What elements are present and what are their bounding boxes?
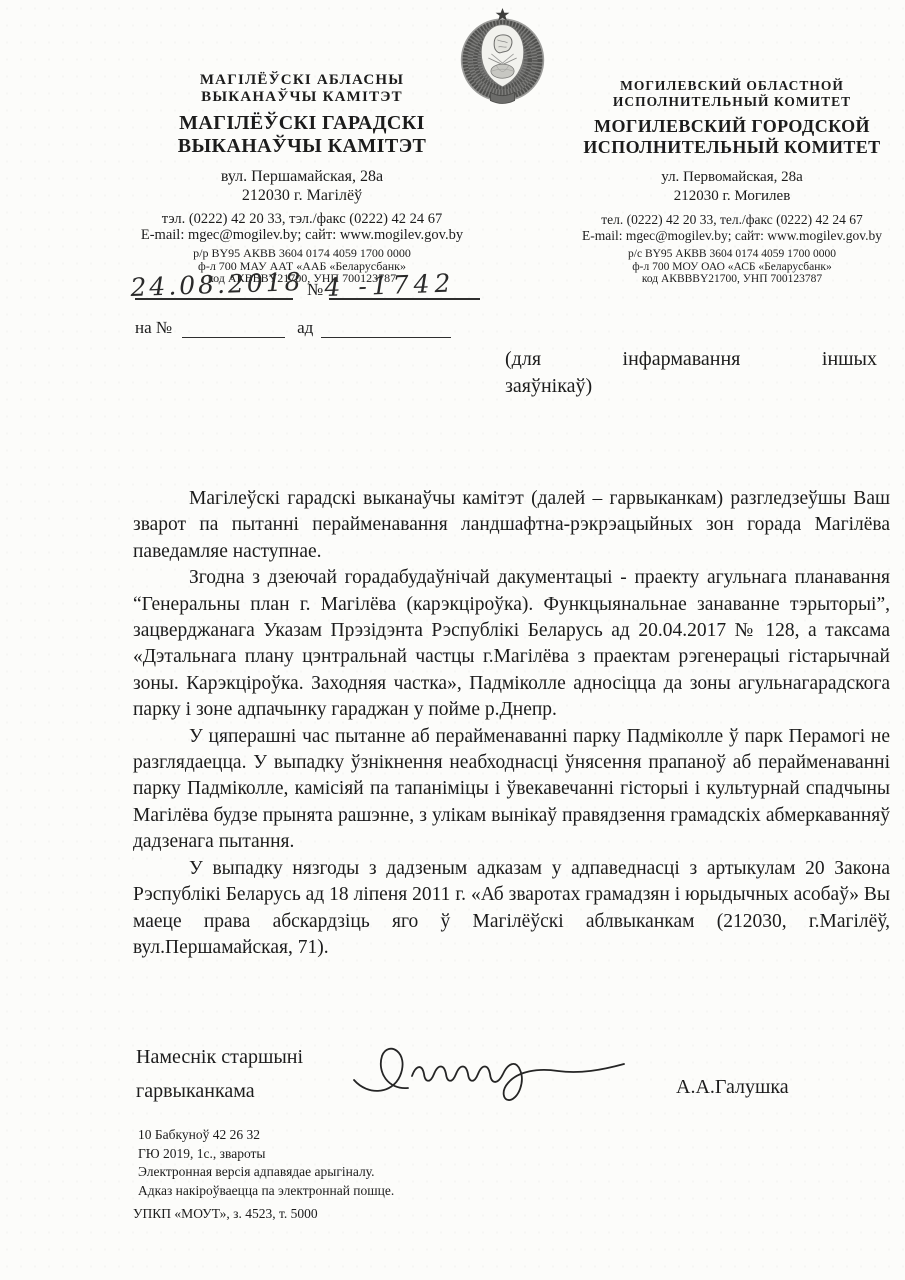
parent-org-name-ru: ИСПОЛНИТЕЛЬНЫЙ КОМИТЕТ	[558, 94, 905, 110]
org-email-site: E-mail: mgec@mogilev.by; сайт: www.mogil…	[128, 227, 476, 243]
parent-org-name: ВЫКАНАЎЧЫ КАМІТЭТ	[128, 89, 476, 106]
footer-line: Электронная версія адпавядае арыгіналу.	[138, 1163, 394, 1182]
handwritten-number: 4 -1742	[324, 268, 456, 302]
signer-job-title: Намеснік старшыні гарвыканкама	[136, 1040, 303, 1108]
org-city-address: 212030 г. Магілёў	[128, 186, 476, 205]
body-paragraph: У цяперашні час пытанне аб перайменаванн…	[133, 724, 890, 856]
org-phone: тэл. (0222) 42 20 33, тэл./факс (0222) 4…	[128, 211, 476, 227]
addressee-note-line: заяўнікаў)	[505, 373, 877, 400]
parent-org-name-ru: МОГИЛЕВСКИЙ ОБЛАСТНОЙ	[558, 78, 905, 94]
letter-body: Магілеўскі гарадскі выканаўчы камітэт (д…	[133, 486, 890, 961]
signer-title-line: гарвыканкама	[136, 1074, 303, 1108]
org-name-ru: МОГИЛЕВСКИЙ ГОРОДСКОЙ	[558, 116, 905, 137]
addressee-note: (для інфармавання іншых заяўнікаў)	[505, 346, 877, 400]
letterhead-left-column: МАГІЛЁЎСКІ АБЛАСНЫ ВЫКАНАЎЧЫ КАМІТЭТ МАГ…	[128, 72, 476, 285]
addressee-note-line: (для інфармавання іншых	[505, 346, 877, 373]
number-blank-line: 4 -1742	[329, 298, 480, 300]
org-phone-ru: тел. (0222) 42 20 33, тел./факс (0222) 4…	[558, 212, 905, 228]
org-street-address: вул. Першамайская, 28а	[128, 167, 476, 186]
footer-line: ГЮ 2019, 1с., звароты	[138, 1145, 394, 1164]
org-city-address-ru: 212030 г. Могилев	[558, 187, 905, 206]
org-email-site-ru: E-mail: mgec@mogilev.by; сайт: www.mogil…	[558, 228, 905, 244]
org-name: МАГІЛЁЎСКІ ГАРАДСКІ	[128, 112, 476, 135]
body-paragraph: Згодна з дзеючай горадабудаўнічай дакуме…	[133, 565, 890, 723]
org-name: ВЫКАНАЎЧЫ КАМІТЭТ	[128, 135, 476, 158]
date-number-line: 24.08.2018 № 4 -1742	[135, 268, 480, 300]
reply-reference-line: на № ад	[135, 308, 480, 338]
footer-notes: 10 Бабкуноў 42 26 32 ГЮ 2019, 1с., зваро…	[138, 1126, 394, 1200]
footer-line: Адказ накіроўваецца па электроннай пошце…	[138, 1182, 394, 1201]
reply-no-label: на №	[135, 318, 172, 338]
body-paragraph: У выпадку нязгоды з дадзеным адказам у а…	[133, 856, 890, 962]
reply-date-blank	[321, 337, 451, 338]
print-shop-code: УПКП «МОУТ», з. 4523, т. 5000	[133, 1206, 318, 1222]
bank-codes-ru: код АКВВВY21700, УНП 700123787	[558, 273, 905, 286]
handwritten-signature-icon	[340, 1028, 640, 1118]
parent-org-name: МАГІЛЁЎСКІ АБЛАСНЫ	[128, 72, 476, 89]
reply-number-blank	[182, 337, 285, 338]
date-blank-line: 24.08.2018	[135, 298, 293, 300]
scanned-letter-page: МАГІЛЁЎСКІ АБЛАСНЫ ВЫКАНАЎЧЫ КАМІТЭТ МАГ…	[0, 0, 905, 1280]
org-name-ru: ИСПОЛНИТЕЛЬНЫЙ КОМИТЕТ	[558, 137, 905, 158]
reference-block: 24.08.2018 № 4 -1742 на № ад	[135, 268, 480, 338]
bank-account: р/р BY95 АКВВ 3604 0174 4059 1700 0000	[128, 247, 476, 260]
handwritten-date: 24.08.2018	[130, 267, 304, 302]
body-paragraph: Магілеўскі гарадскі выканаўчы камітэт (д…	[133, 486, 890, 565]
reply-date-label: ад	[297, 318, 313, 338]
signer-name: А.А.Галушка	[676, 1076, 789, 1099]
org-street-address-ru: ул. Первомайская, 28а	[558, 168, 905, 187]
bank-account-ru: р/с BY95 АКВВ 3604 0174 4059 1700 0000	[558, 248, 905, 261]
footer-line: 10 Бабкуноў 42 26 32	[138, 1126, 394, 1145]
number-sign-label: №	[307, 280, 323, 300]
bank-branch-ru: ф-л 700 МОУ ОАО «АСБ «Беларусбанк»	[558, 261, 905, 274]
signer-title-line: Намеснік старшыні	[136, 1040, 303, 1074]
letterhead-right-column: МОГИЛЕВСКИЙ ОБЛАСТНОЙ ИСПОЛНИТЕЛЬНЫЙ КОМ…	[558, 78, 905, 286]
